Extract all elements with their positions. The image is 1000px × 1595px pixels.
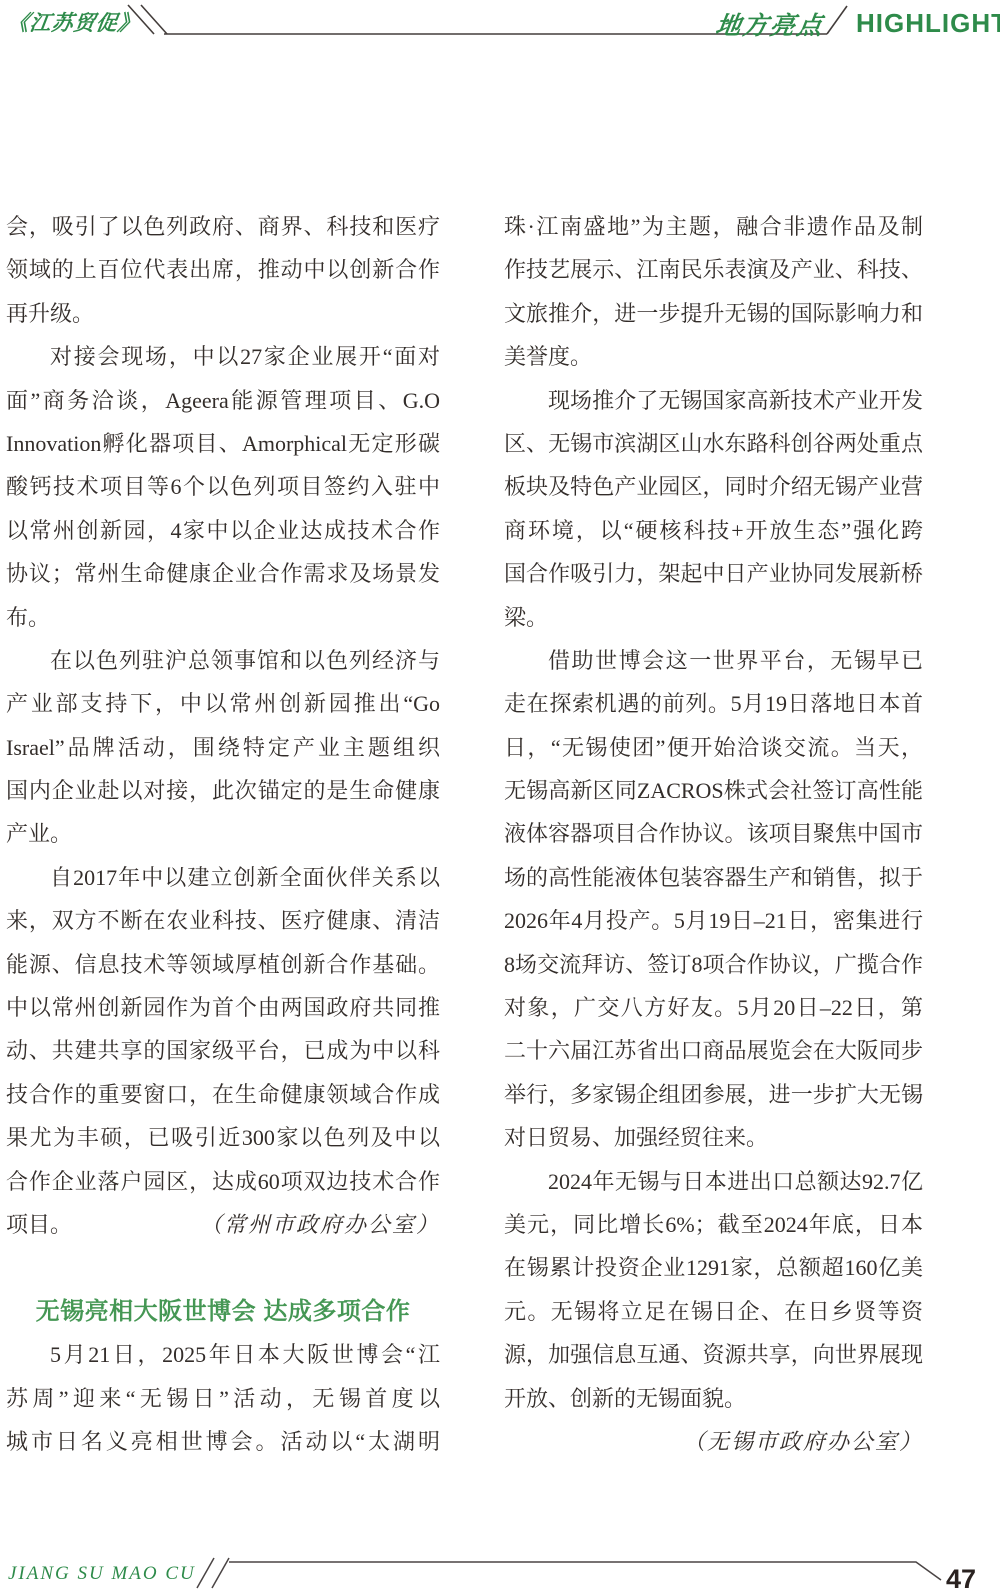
text-line: Israel”品牌活动，围绕特定产业主题组织 — [6, 726, 440, 769]
section-title-english: HIGHLIGHT — [856, 8, 1000, 39]
text-line: 在锡累计投资企业1291家，总额超160亿美 — [504, 1246, 923, 1289]
text-line: 液体容器项目合作协议。该项目聚焦中国市 — [504, 812, 923, 855]
left-column: 会，吸引了以色列政府、商界、科技和医疗领域的上百位代表出席，推动中以创新合作再升… — [6, 205, 440, 1463]
text-line: 2026年4月投产。5月19日–21日，密集进行 — [504, 899, 923, 942]
magazine-page: 《江苏贸促》 地方亮点 HIGHLIGHT 会，吸引了以色列政府、商界、科技和医… — [0, 0, 1000, 1595]
text-line: 开放、创新的无锡面貌。 — [504, 1377, 923, 1420]
text-line: 中以常州创新园作为首个由两国政府共同推 — [6, 986, 440, 1029]
text-line: 区、无锡市滨湖区山水东路科创谷两处重点 — [504, 422, 923, 465]
text-line: 苏周”迎来“无锡日”活动，无锡首度以 — [6, 1377, 440, 1420]
text-line: Innovation孵化器项目、Amorphical无定形碳 — [6, 422, 440, 465]
article-heading: 无锡亮相大阪世博会 达成多项合作 — [6, 1290, 440, 1333]
text-line: 自2017年中以建立创新全面伙伴关系以 — [6, 856, 440, 899]
text-line: 现场推介了无锡国家高新技术产业开发 — [504, 379, 923, 422]
header-rule-and-slashes — [0, 0, 1000, 40]
attribution: （无锡市政府办公室） — [504, 1420, 923, 1463]
text-line: 对接会现场，中以27家企业展开“面对 — [6, 335, 440, 378]
text-line: 元。无锡将立足在锡日企、在日乡贤等资 — [504, 1290, 923, 1333]
text-line: 产业。 — [6, 812, 440, 855]
text-line: 再升级。 — [6, 292, 440, 335]
text-line: 在以色列驻沪总领事馆和以色列经济与 — [6, 639, 440, 682]
text-line: 果尤为丰硕，已吸引近300家以色列及中以 — [6, 1116, 440, 1159]
text-line: 美誉度。 — [504, 335, 923, 378]
text-line: 8场交流拜访、签订8项合作协议，广揽合作 — [504, 943, 923, 986]
text-line: 美元，同比增长6%；截至2024年底，日本 — [504, 1203, 923, 1246]
text-line: 板块及特色产业园区，同时介绍无锡产业营 — [504, 465, 923, 508]
text-line: 对象，广交八方好友。5月20日–22日，第 — [504, 986, 923, 1029]
text-line: 动、共建共享的国家级平台，已成为中以科 — [6, 1029, 440, 1072]
text-line: 能源、信息技术等领域厚植创新合作基础。 — [6, 943, 440, 986]
text-line: 日，“无锡使团”便开始洽谈交流。当天， — [504, 726, 923, 769]
text-line: 珠·江南盛地”为主题，融合非遗作品及制 — [504, 205, 923, 248]
text-line: 无锡高新区同ZACROS株式会社签订高性能 — [504, 769, 923, 812]
text-line: 协议；常州生命健康企业合作需求及场景发 — [6, 552, 440, 595]
blank-line — [6, 1246, 440, 1289]
text-line: 借助世博会这一世界平台，无锡早已 — [504, 639, 923, 682]
text-line: 项目。（常州市政府办公室） — [6, 1203, 440, 1246]
text-line: 5月21日，2025年日本大阪世博会“江 — [6, 1333, 440, 1376]
text-line: 合作企业落户园区，达成60项双边技术合作 — [6, 1160, 440, 1203]
text-line: 举行，多家锡企组团参展，进一步扩大无锡 — [504, 1073, 923, 1116]
text-line: 2024年无锡与日本进出口总额达92.7亿 — [504, 1160, 923, 1203]
text-line: 领域的上百位代表出席，推动中以创新合作 — [6, 248, 440, 291]
text-line: 走在探索机遇的前列。5月19日落地日本首 — [504, 682, 923, 725]
text-line: 布。 — [6, 596, 440, 639]
attribution: （常州市政府办公室） — [200, 1203, 440, 1246]
paragraph-end: 项目。 — [6, 1203, 72, 1246]
text-line: 城市日名义亮相世博会。活动以“太湖明 — [6, 1420, 440, 1463]
text-line: 商环境，以“硬核科技+开放生态”强化跨 — [504, 509, 923, 552]
section-title-chinese: 地方亮点 — [713, 6, 826, 42]
text-line: 面”商务洽谈，Ageera能源管理项目、G.O — [6, 379, 440, 422]
text-line: 产业部支持下，中以常州创新园推出“Go — [6, 682, 440, 725]
text-line: 对日贸易、加强经贸往来。 — [504, 1116, 923, 1159]
text-line: 二十六届江苏省出口商品展览会在大阪同步 — [504, 1029, 923, 1072]
text-line: 来，双方不断在农业科技、医疗健康、清洁 — [6, 899, 440, 942]
text-line: 文旅推介，进一步提升无锡的国际影响力和 — [504, 292, 923, 335]
text-line: 酸钙技术项目等6个以色列项目签约入驻中 — [6, 465, 440, 508]
text-line: 作技艺展示、江南民乐表演及产业、科技、 — [504, 248, 923, 291]
page-number: 47 — [946, 1564, 976, 1595]
text-line: 源，加强信息互通、资源共享，向世界展现 — [504, 1333, 923, 1376]
footer-rule-and-slashes — [0, 1552, 1000, 1595]
text-line: 国内企业赴以对接，此次锚定的是生命健康 — [6, 769, 440, 812]
right-column: 珠·江南盛地”为主题，融合非遗作品及制作技艺展示、江南民乐表演及产业、科技、文旅… — [504, 205, 923, 1463]
text-line: 以常州创新园，4家中以企业达成技术合作 — [6, 509, 440, 552]
text-line: 技合作的重要窗口，在生命健康领域合作成 — [6, 1073, 440, 1116]
text-line: 梁。 — [504, 596, 923, 639]
text-line: 场的高性能液体包装容器生产和销售，拟于 — [504, 856, 923, 899]
text-line: 国合作吸引力，架起中日产业协同发展新桥 — [504, 552, 923, 595]
text-line: 会，吸引了以色列政府、商界、科技和医疗 — [6, 205, 440, 248]
